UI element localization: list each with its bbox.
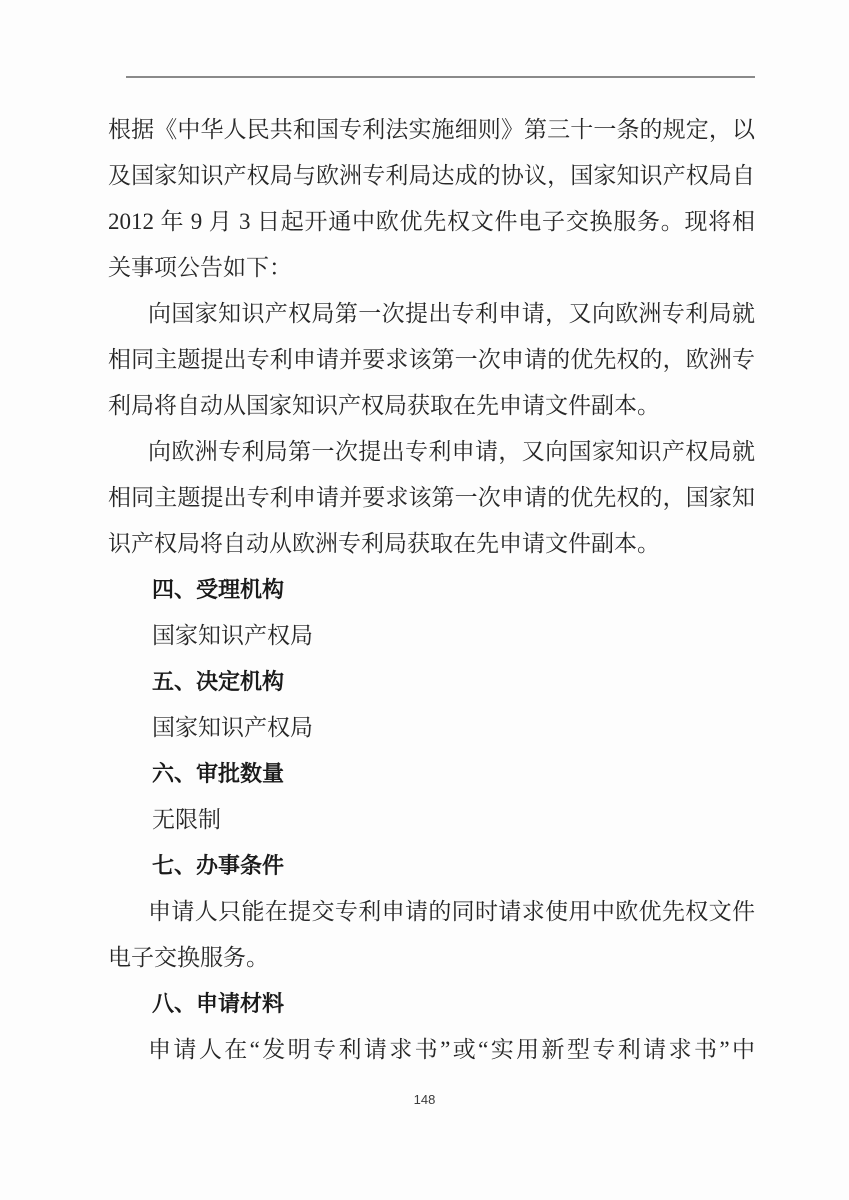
section-heading: 八、申请材料	[108, 981, 755, 1027]
section-heading: 五、决定机构	[108, 659, 755, 705]
paragraph-2: 向国家知识产权局第一次提出专利申请，又向欧洲专利局就 相同主题提出专利申请并要求…	[108, 291, 755, 429]
paragraph-line: 相同主题提出专利申请并要求该第一次申请的优先权的，欧洲专	[108, 337, 755, 383]
section-body-line: 电子交换服务。	[108, 935, 755, 981]
document-body: 根据《中华人民共和国专利法实施细则》第三十一条的规定，以 及国家知识产权局与欧洲…	[108, 107, 755, 1073]
paragraph-3: 向欧洲专利局第一次提出专利申请，又向国家知识产权局就 相同主题提出专利申请并要求…	[108, 429, 755, 567]
paragraph-line: 根据《中华人民共和国专利法实施细则》第三十一条的规定，以	[108, 107, 755, 153]
section-body: 无限制	[108, 797, 755, 843]
section-7-conditions: 七、办事条件 申请人只能在提交专利申请的同时请求使用中欧优先权文件 电子交换服务…	[108, 843, 755, 981]
paragraph-line: 利局将自动从国家知识产权局获取在先申请文件副本。	[108, 383, 755, 429]
section-body: 国家知识产权局	[108, 705, 755, 751]
section-5-deciding-authority: 五、决定机构 国家知识产权局	[108, 659, 755, 751]
section-body-line: 申请人只能在提交专利申请的同时请求使用中欧优先权文件	[108, 889, 755, 935]
paragraph-line: 向欧洲专利局第一次提出专利申请，又向国家知识产权局就	[108, 429, 755, 475]
section-heading: 七、办事条件	[108, 843, 755, 889]
section-4-accepting-authority: 四、受理机构 国家知识产权局	[108, 567, 755, 659]
paragraph-line: 关事项公告如下：	[108, 245, 755, 291]
header-rule	[126, 76, 755, 78]
section-heading: 六、审批数量	[108, 751, 755, 797]
section-body-line: 申请人在“发明专利请求书”或“实用新型专利请求书”中	[108, 1027, 755, 1073]
document-page: 根据《中华人民共和国专利法实施细则》第三十一条的规定，以 及国家知识产权局与欧洲…	[0, 0, 849, 1200]
paragraph-1: 根据《中华人民共和国专利法实施细则》第三十一条的规定，以 及国家知识产权局与欧洲…	[108, 107, 755, 291]
section-body: 国家知识产权局	[108, 613, 755, 659]
paragraph-line: 识产权局将自动从欧洲专利局获取在先申请文件副本。	[108, 521, 755, 567]
paragraph-line: 2012 年 9 月 3 日起开通中欧优先权文件电子交换服务。现将相	[108, 199, 755, 245]
paragraph-line: 相同主题提出专利申请并要求该第一次申请的优先权的，国家知	[108, 475, 755, 521]
section-heading: 四、受理机构	[108, 567, 755, 613]
paragraph-line: 及国家知识产权局与欧洲专利局达成的协议，国家知识产权局自	[108, 153, 755, 199]
section-8-application-materials: 八、申请材料 申请人在“发明专利请求书”或“实用新型专利请求书”中	[108, 981, 755, 1073]
page-number: 148	[0, 1090, 849, 1110]
paragraph-line: 向国家知识产权局第一次提出专利申请，又向欧洲专利局就	[108, 291, 755, 337]
section-6-approval-quantity: 六、审批数量 无限制	[108, 751, 755, 843]
